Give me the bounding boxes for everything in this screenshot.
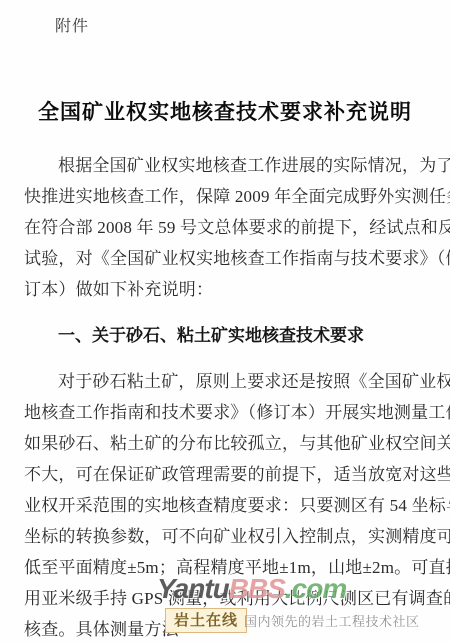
text-line: 根据全国矿业权实地核查工作进展的实际情况，为了加 — [24, 150, 426, 181]
text-line: 如果砂石、粘土矿的分布比较孤立，与其他矿业权空间关系 — [24, 428, 426, 459]
section-heading-1: 一、关于砂石、粘土矿实地核查技术要求 — [24, 320, 426, 351]
text-line: 业权开采范围的实地核查精度要求：只要测区有 54 坐标与 80 — [24, 490, 426, 521]
text-line: 用亚米级手持 GPS 测量，或利用大比例尺测区已有调查的图件 — [24, 583, 426, 614]
text-line: 地核查工作指南和技术要求》（修订本）开展实地测量工作。 — [24, 397, 426, 428]
text-line: 对于砂石粘土矿，原则上要求还是按照《全国矿业权实 — [24, 366, 426, 397]
paragraph-sand-clay-requirements: 对于砂石粘土矿，原则上要求还是按照《全国矿业权实地核查工作指南和技术要求》（修订… — [24, 366, 426, 643]
text-line: 试验，对《全国矿业权实地核查工作指南与技术要求》（修 — [24, 243, 426, 274]
text-line: 不大，可在保证矿政管理需要的前提下，适当放宽对这些矿 — [24, 459, 426, 490]
text-line: 低至平面精度±5m；高程精度平地±1m，山地±2m。可直接 — [24, 552, 426, 583]
paragraph-intro: 根据全国矿业权实地核查工作进展的实际情况，为了加快推进实地核查工作，保障 200… — [24, 150, 426, 305]
document-title: 全国矿业权实地核查技术要求补充说明 — [0, 98, 450, 128]
document-body: 根据全国矿业权实地核查工作进展的实际情况，为了加快推进实地核查工作，保障 200… — [24, 150, 426, 643]
text-line: 订本）做如下补充说明： — [24, 274, 426, 305]
text-line: 坐标的转换参数，可不向矿业权引入控制点，实测精度可降 — [24, 521, 426, 552]
attachment-label: 附件 — [55, 16, 450, 38]
text-line: 核查。具体测量方法 — [24, 614, 426, 643]
text-line: 在符合部 2008 年 59 号文总体要求的前提下，经试点和反复 — [24, 212, 426, 243]
document-page: 附件 全国矿业权实地核查技术要求补充说明 根据全国矿业权实地核查工作进展的实际情… — [0, 0, 450, 643]
text-line: 快推进实地核查工作，保障 2009 年全面完成野外实测任务。 — [24, 181, 426, 212]
